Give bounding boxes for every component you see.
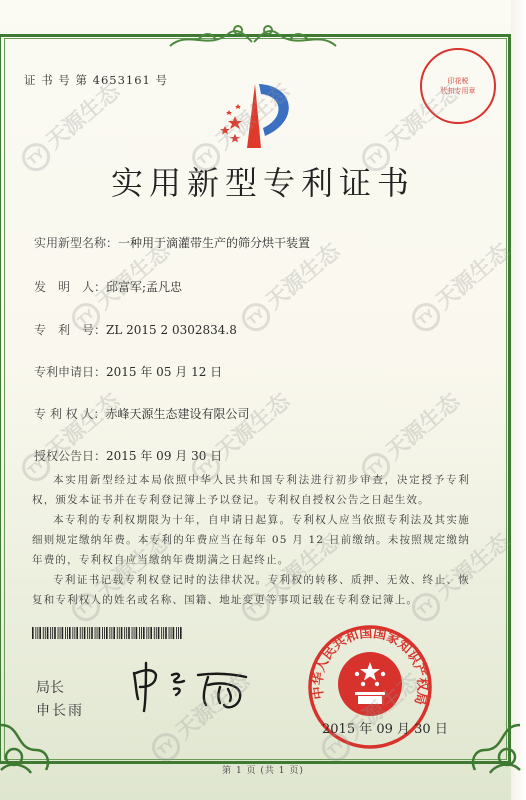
field-grant-announcement-date: 授权公告日：2015 年 09 月 30 日: [34, 447, 222, 464]
page-edge: [511, 0, 526, 800]
field-patentee: 专 利 权 人：赤峰天源生态建设有限公司: [34, 405, 249, 422]
field-inventors: 发 明 人：邱富军;孟凡忠: [34, 278, 182, 295]
field-application-date: 专利申请日：2015 年 05 月 12 日: [34, 363, 222, 380]
paragraph-legal-status: 专利证书记载专利权登记时的法律状况。专利权的转移、质押、无效、终止、恢复和专利权…: [32, 570, 470, 610]
signatory-name: 申长雨: [36, 700, 84, 720]
page-indicator: 第 1 页 (共 1 页): [0, 763, 526, 776]
signatory-title: 局长: [36, 677, 64, 697]
certificate-number: 证 书 号 第 4653161 号: [24, 72, 168, 88]
barcode-icon: [32, 627, 182, 639]
issue-date: 2015 年 09 月 30 日: [322, 718, 448, 737]
patent-office-logo-icon: [205, 76, 305, 148]
field-utility-model-name: 实用新型名称：一种用于滴灌带生产的筛分烘干装置: [34, 234, 310, 251]
paragraph-term: 本专利的专利权期限为十年，自申请日起算。专利权人应当依照专利法及其实施细则规定缴…: [32, 510, 470, 570]
top-ornament-icon: [168, 20, 338, 52]
certificate-title: 实用新型专利证书: [0, 158, 526, 204]
paragraph-grant: 本实用新型经过本局依照中华人民共和国专利法进行初步审查，决定授予专利权，颁发本证…: [32, 470, 470, 510]
certificate-body: 本实用新型经过本局依照中华人民共和国专利法进行初步审查，决定授予专利权，颁发本证…: [32, 470, 470, 610]
tax-stamp-seal: 印花税 代扣专用章: [418, 46, 498, 126]
handwritten-signature-icon: [128, 655, 258, 715]
field-patent-number: 专 利 号：ZL 2015 2 0302834.8: [34, 321, 237, 338]
